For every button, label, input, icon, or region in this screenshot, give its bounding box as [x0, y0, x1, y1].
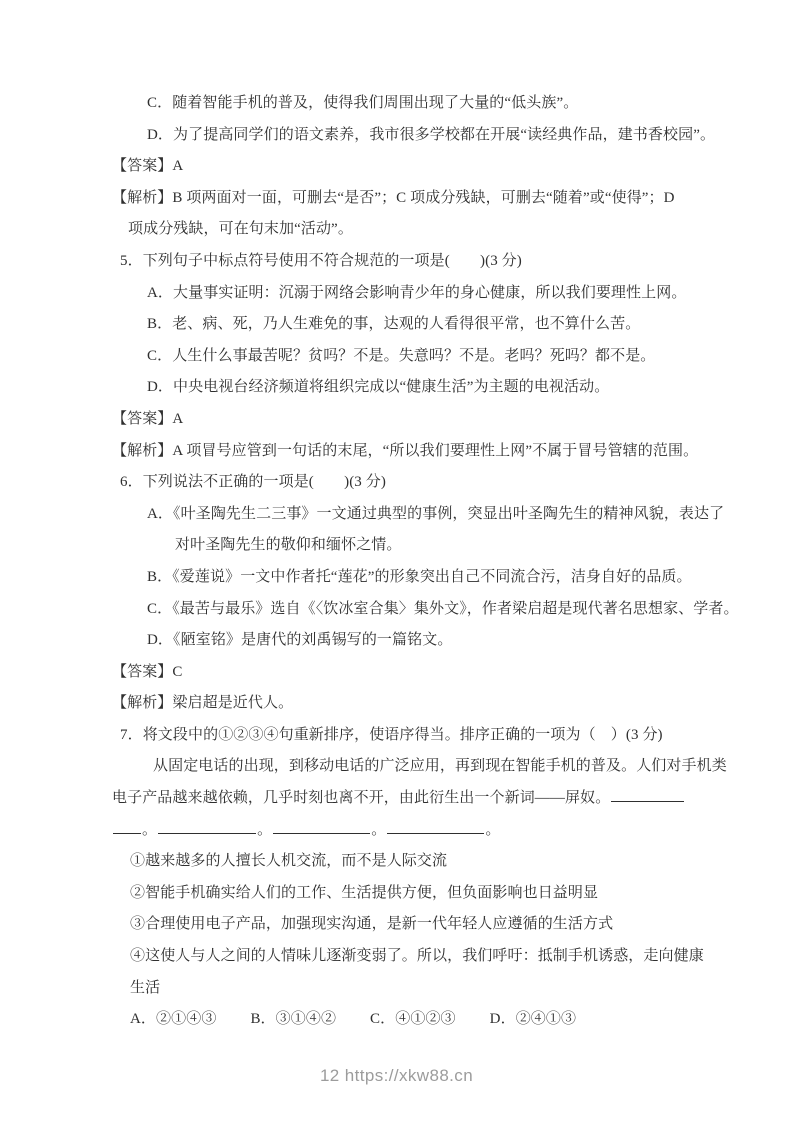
text-line: A．大量事实证明：沉溺于网络会影响青少年的身心健康，所以我们要理性上网。 — [0, 278, 793, 310]
text-line: 【解析】A 项冒号应管到一句话的末尾，“所以我们要理性上网”不属于冒号管辖的范围… — [0, 436, 793, 468]
choice-item: D．②④①③ — [490, 1011, 576, 1027]
blank-separator: 。 — [371, 822, 386, 838]
blank-underline — [387, 819, 484, 834]
text-line: 【答案】C — [0, 657, 793, 689]
line-text: C．人生什么事最苦呢？贫吗？不是。失意吗？不是。老吗？死吗？都不是。 — [147, 348, 655, 364]
line-text: B．《爱莲说》一文中作者托“莲花”的形象突出自己不同流合污，洁身自好的品质。 — [147, 569, 692, 585]
blank-underline — [273, 819, 370, 834]
line-text: D．中央电视台经济频道将组织完成以“健康生活”为主题的电视活动。 — [147, 379, 609, 395]
text-line: 【答案】A — [0, 151, 793, 183]
line-text: 生活 — [130, 980, 160, 996]
text-line: B．老、病、死，乃人生难免的事，达观的人看得很平常，也不算什么苦。 — [0, 309, 793, 341]
line-text: ③合理使用电子产品，加强现实沟通，是新一代年轻人应遵循的生活方式 — [130, 916, 613, 932]
blank-underline — [158, 819, 256, 834]
text-line: 【答案】A — [0, 404, 793, 436]
text-line: A．②①④③B．③①④②C．④①②③D．②④①③ — [0, 1004, 793, 1036]
text-line: D．中央电视台经济频道将组织完成以“健康生活”为主题的电视活动。 — [0, 372, 793, 404]
line-text: C．随着智能手机的普及，使得我们周围出现了大量的“低头族”。 — [147, 95, 578, 111]
line-text: 电子产品越来越依赖，几乎时刻也离不开，由此衍生出一个新词——屏奴。 — [112, 790, 610, 806]
line-text: C．《最苦与最乐》选自《〈饮冰室合集〉集外文》，作者梁启超是现代著名思想家、学者… — [147, 601, 739, 617]
line-text: 【解析】B 项两面对一面，可删去“是否”；C 项成分残缺，可删去“随着”或“使得… — [112, 190, 675, 206]
blank-underline — [611, 788, 684, 803]
footer: 12 https://xkw88.cn — [0, 1066, 793, 1086]
line-text: A．《叶圣陶先生二三事》一文通过典型的事例，突显出叶圣陶先生的精神风貌，表达了 — [147, 506, 724, 522]
line-text: A．大量事实证明：沉溺于网络会影响青少年的身心健康，所以我们要理性上网。 — [147, 285, 686, 301]
line-text: B．老、病、死，乃人生难免的事，达观的人看得很平常，也不算什么苦。 — [147, 316, 640, 332]
line-text: 7．将文段中的①②③④句重新排序，使语序得当。排序正确的一项为（ ）(3 分) — [120, 727, 663, 743]
line-text: ①越来越多的人擅长人机交流，而不是人际交流 — [130, 853, 447, 869]
text-line: ③合理使用电子产品，加强现实沟通，是新一代年轻人应遵循的生活方式 — [0, 909, 793, 941]
text-line: 。。。。 — [0, 815, 793, 847]
text-line: ④这使人与人之间的人情味儿逐渐变弱了。所以，我们呼吁：抵制手机诱惑，走向健康 — [0, 941, 793, 973]
line-text: 【解析】A 项冒号应管到一句话的末尾，“所以我们要理性上网”不属于冒号管辖的范围… — [112, 443, 698, 459]
text-line: C．随着智能手机的普及，使得我们周围出现了大量的“低头族”。 — [0, 88, 793, 120]
text-line: ①越来越多的人擅长人机交流，而不是人际交流 — [0, 846, 793, 878]
choice-item: B．③①④② — [250, 1011, 336, 1027]
text-line: 5．下列句子中标点符号使用不符合规范的一项是( )(3 分) — [0, 246, 793, 278]
text-line: B．《爱莲说》一文中作者托“莲花”的形象突出自己不同流合污，洁身自好的品质。 — [0, 562, 793, 594]
text-line: C．人生什么事最苦呢？贫吗？不是。失意吗？不是。老吗？死吗？都不是。 — [0, 341, 793, 373]
text-line: C．《最苦与最乐》选自《〈饮冰室合集〉集外文》，作者梁启超是现代著名思想家、学者… — [0, 594, 793, 626]
line-text: 【解析】梁启超是近代人。 — [112, 695, 293, 711]
text-line: 从固定电话的出现，到移动电话的广泛应用，再到现在智能手机的普及。人们对手机类 — [0, 751, 793, 783]
line-text: 【答案】C — [112, 664, 183, 680]
text-line: A．《叶圣陶先生二三事》一文通过典型的事例，突显出叶圣陶先生的精神风貌，表达了 — [0, 499, 793, 531]
text-line: 6．下列说法不正确的一项是( )(3 分) — [0, 467, 793, 499]
line-text: D．《陋室铭》是唐代的刘禹锡写的一篇铭文。 — [147, 632, 452, 648]
choice-item: C．④①②③ — [370, 1011, 456, 1027]
footer-watermark: 12 https://xkw88.cn — [320, 1066, 473, 1085]
line-text: 【答案】A — [112, 411, 183, 427]
blank-underline — [113, 819, 141, 834]
text-line: ②智能手机确实给人们的工作、生活提供方便，但负面影响也日益明显 — [0, 878, 793, 910]
text-line: 对叶圣陶先生的敬仰和缅怀之情。 — [0, 530, 793, 562]
line-text: 对叶圣陶先生的敬仰和缅怀之情。 — [175, 537, 402, 553]
line-text: 6．下列说法不正确的一项是( )(3 分) — [120, 474, 386, 490]
text-line: 7．将文段中的①②③④句重新排序，使语序得当。排序正确的一项为（ ）(3 分) — [0, 720, 793, 752]
blank-separator: 。 — [485, 822, 500, 838]
line-text: ②智能手机确实给人们的工作、生活提供方便，但负面影响也日益明显 — [130, 885, 598, 901]
line-text: 【答案】A — [112, 158, 183, 174]
line-text: 5．下列句子中标点符号使用不符合规范的一项是( )(3 分) — [120, 253, 522, 269]
line-text: 项成分残缺，可在句末加“活动”。 — [128, 221, 353, 237]
blank-separator: 。 — [142, 822, 157, 838]
text-line: 电子产品越来越依赖，几乎时刻也离不开，由此衍生出一个新词——屏奴。 — [0, 783, 793, 815]
text-line: 项成分残缺，可在句末加“活动”。 — [0, 214, 793, 246]
content-lines: C．随着智能手机的普及，使得我们周围出现了大量的“低头族”。D．为了提高同学们的… — [0, 0, 793, 1036]
choice-item: A．②①④③ — [130, 1011, 216, 1027]
text-line: 【解析】B 项两面对一面，可删去“是否”；C 项成分残缺，可删去“随着”或“使得… — [0, 183, 793, 215]
text-line: 【解析】梁启超是近代人。 — [0, 688, 793, 720]
blank-separator: 。 — [257, 822, 272, 838]
text-line: 生活 — [0, 973, 793, 1005]
line-text: 从固定电话的出现，到移动电话的广泛应用，再到现在智能手机的普及。人们对手机类 — [153, 758, 727, 774]
text-line: D．为了提高同学们的语文素养，我市很多学校都在开展“读经典作品，建书香校园”。 — [0, 120, 793, 152]
text-line: D．《陋室铭》是唐代的刘禹锡写的一篇铭文。 — [0, 625, 793, 657]
document-page: C．随着智能手机的普及，使得我们周围出现了大量的“低头族”。D．为了提高同学们的… — [0, 0, 793, 1122]
line-text: D．为了提高同学们的语文素养，我市很多学校都在开展“读经典作品，建书香校园”。 — [147, 127, 715, 143]
line-text: ④这使人与人之间的人情味儿逐渐变弱了。所以，我们呼吁：抵制手机诱惑，走向健康 — [130, 948, 704, 964]
